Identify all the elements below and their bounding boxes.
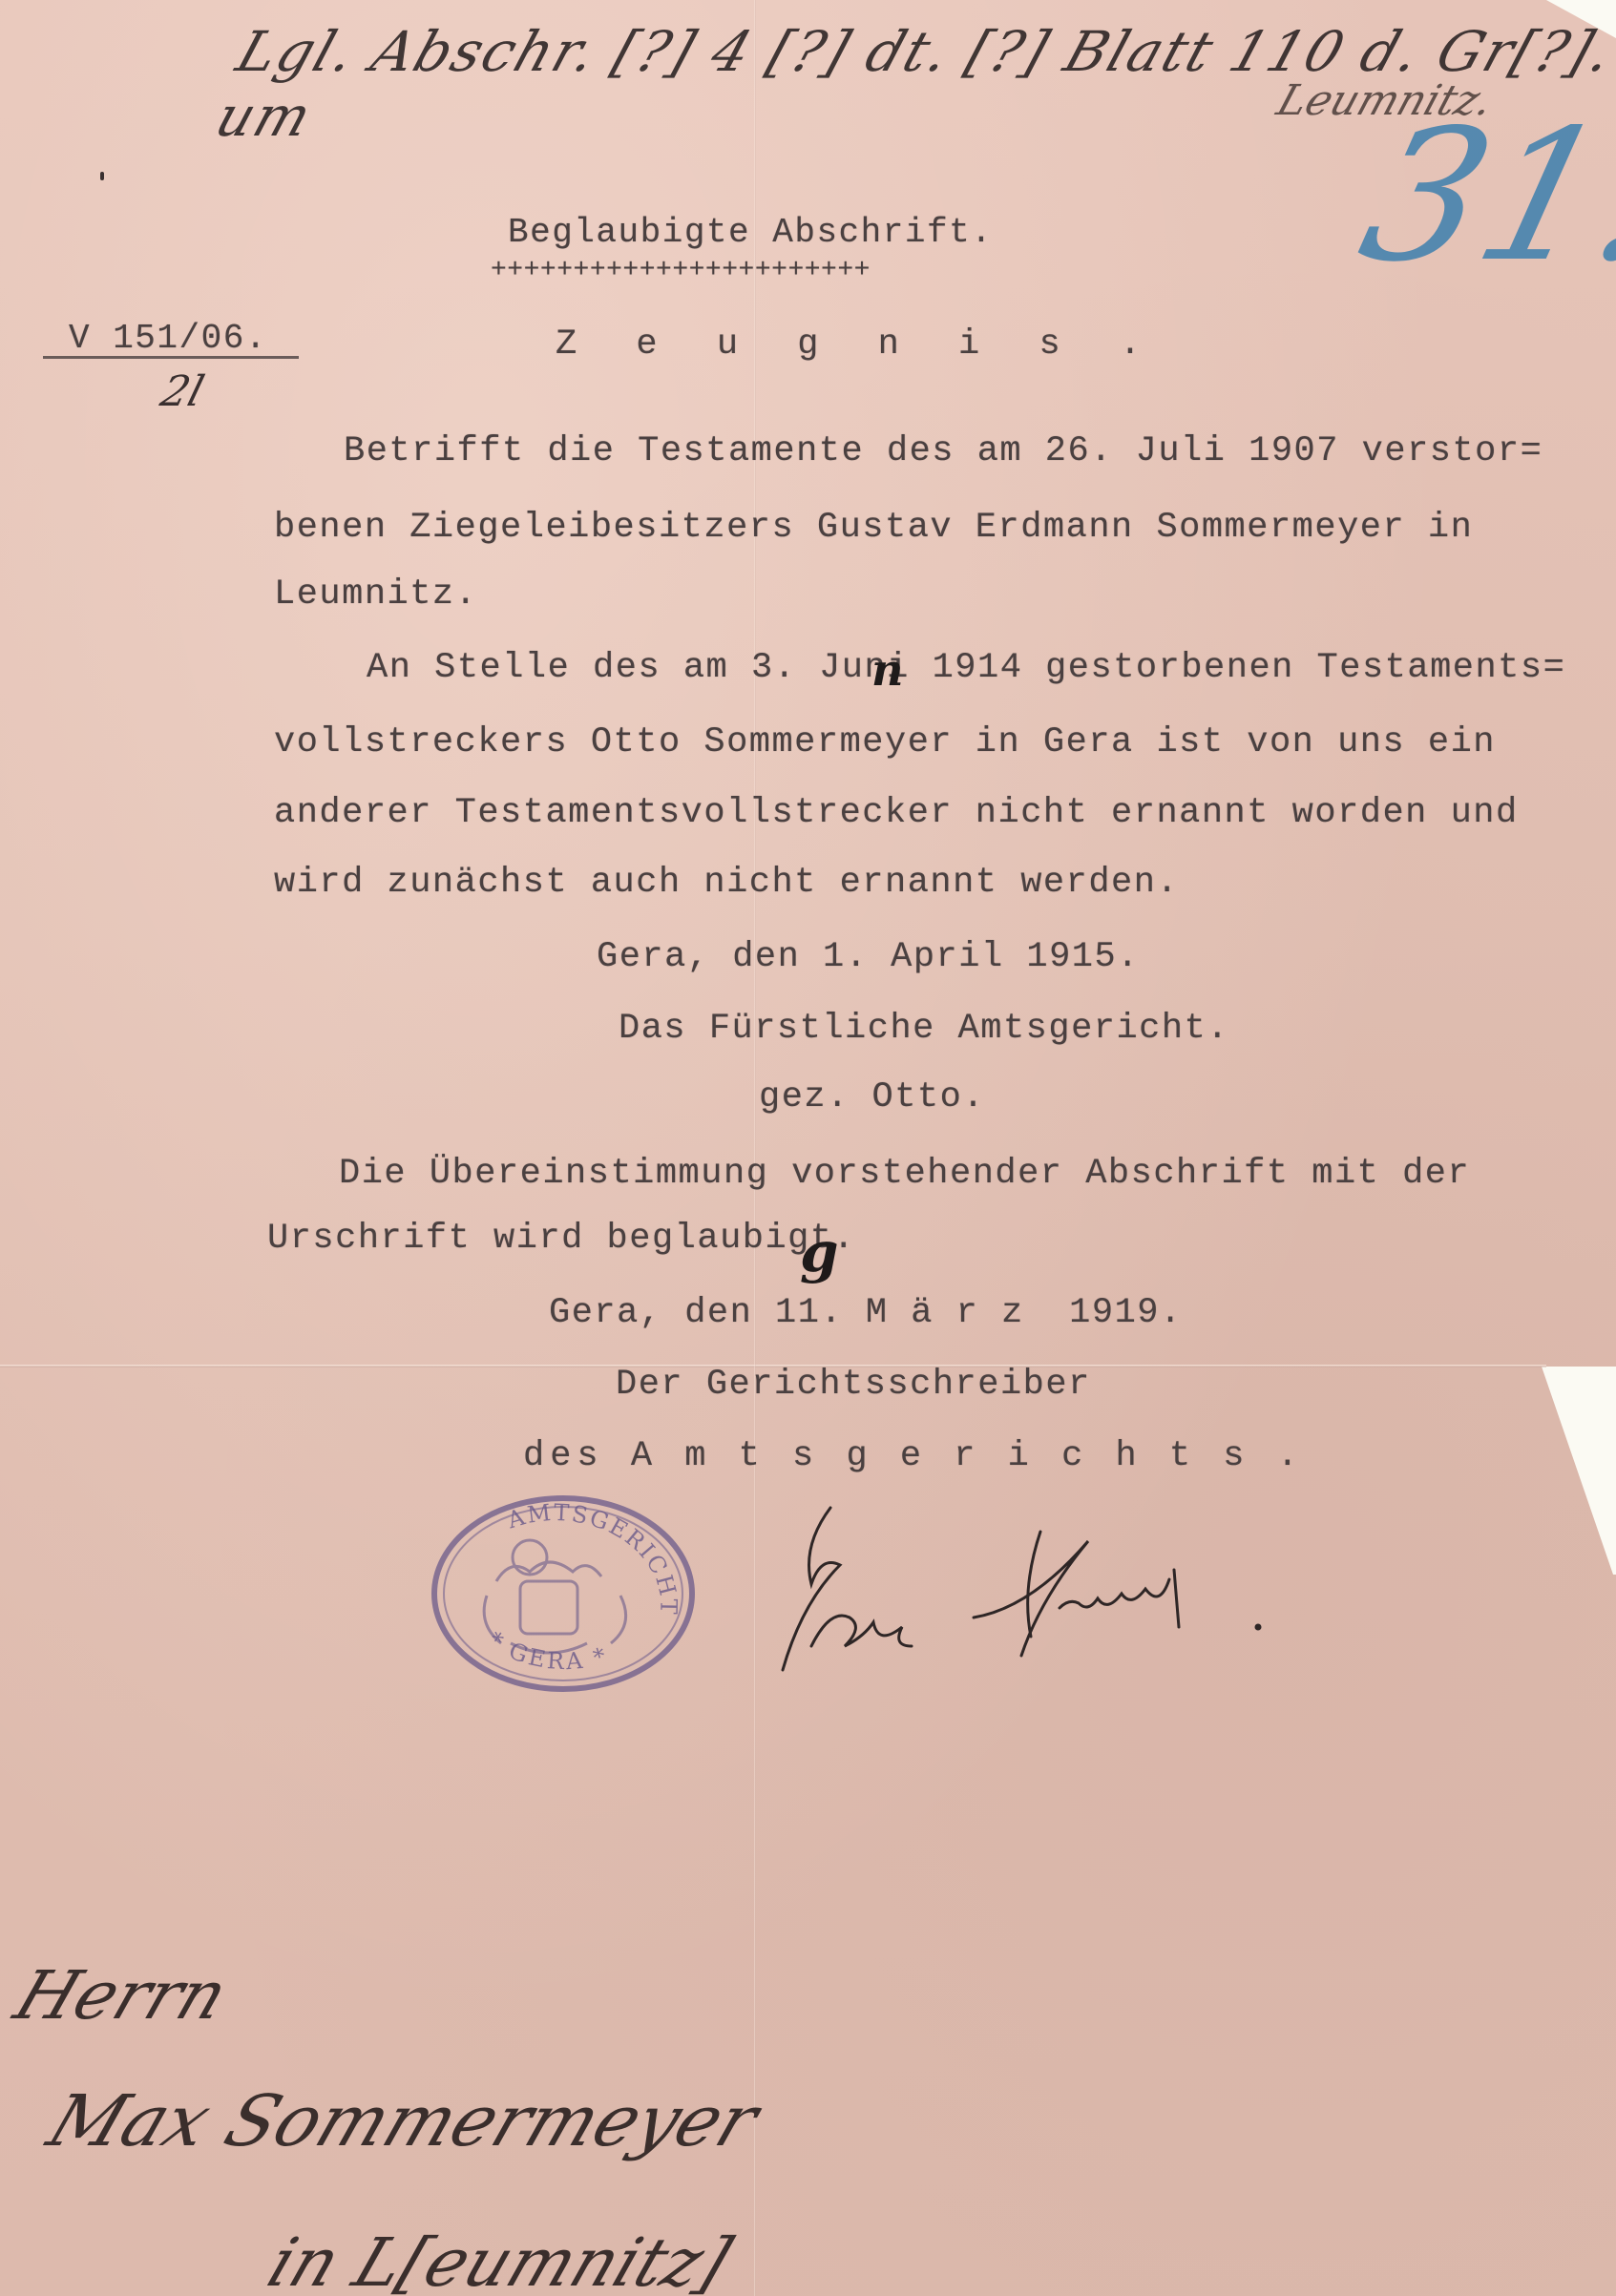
second-authority-line2: des A m t s g e r i c h t s .	[523, 1439, 1304, 1474]
handwritten-correction-beglaubigt: g	[800, 1220, 839, 1284]
body-line-7: wird zunächst auch nicht ernannt werden.	[274, 866, 1179, 901]
heading-zeugnis: Z e u g n i s .	[556, 327, 1160, 363]
ink-speck	[100, 172, 104, 180]
reference-number: V 151/06.	[69, 322, 267, 356]
first-authority: Das Fürstliche Amtsgericht.	[619, 1012, 1229, 1047]
first-date: Gera, den 1. April 1915.	[597, 940, 1140, 975]
stamp-top-text: AMTSGERICHT	[503, 1499, 682, 1617]
address-line-2: Max Sommermeyer	[37, 2080, 768, 2162]
first-signature: gez. Otto.	[759, 1080, 985, 1116]
body-line-5: vollstreckers Otto Sommermeyer in Gera i…	[274, 725, 1496, 761]
body-line-3: Leumnitz.	[274, 577, 477, 613]
address-line-3: in L[eumnitz]	[258, 2223, 741, 2296]
svg-text:AMTSGERICHT: AMTSGERICHT	[503, 1499, 682, 1617]
body-line-1: Betrifft die Testamente des am 26. Juli …	[344, 434, 1543, 470]
body-line-4: An Stelle des am 3. Juni 1914 gestorbene…	[367, 651, 1565, 686]
title-separator: +++++++++++++++++++++++	[491, 258, 871, 284]
body-line-6: anderer Testamentsvollstrecker nicht ern…	[274, 796, 1519, 831]
certification-line-2: Urschrift wird beglaubigt.	[267, 1221, 855, 1257]
handwritten-signature	[773, 1503, 1289, 1684]
second-date: Gera, den 11. M ä r z 1919.	[549, 1296, 1183, 1331]
reference-underline	[43, 356, 299, 359]
second-authority-line1: Der Gerichtsschreiber	[616, 1367, 1091, 1403]
body-line-2: benen Ziegeleibesitzers Gustav Erdmann S…	[274, 511, 1473, 546]
address-line-1: Herrn	[5, 1956, 238, 2035]
document-title: Beglaubigte Abschrift.	[508, 216, 993, 250]
handwritten-correction-juni: n	[871, 644, 903, 696]
court-stamp: AMTSGERICHT * GERA *	[430, 1491, 706, 1696]
certification-line-1: Die Übereinstimmung vorstehender Abschri…	[339, 1157, 1470, 1192]
